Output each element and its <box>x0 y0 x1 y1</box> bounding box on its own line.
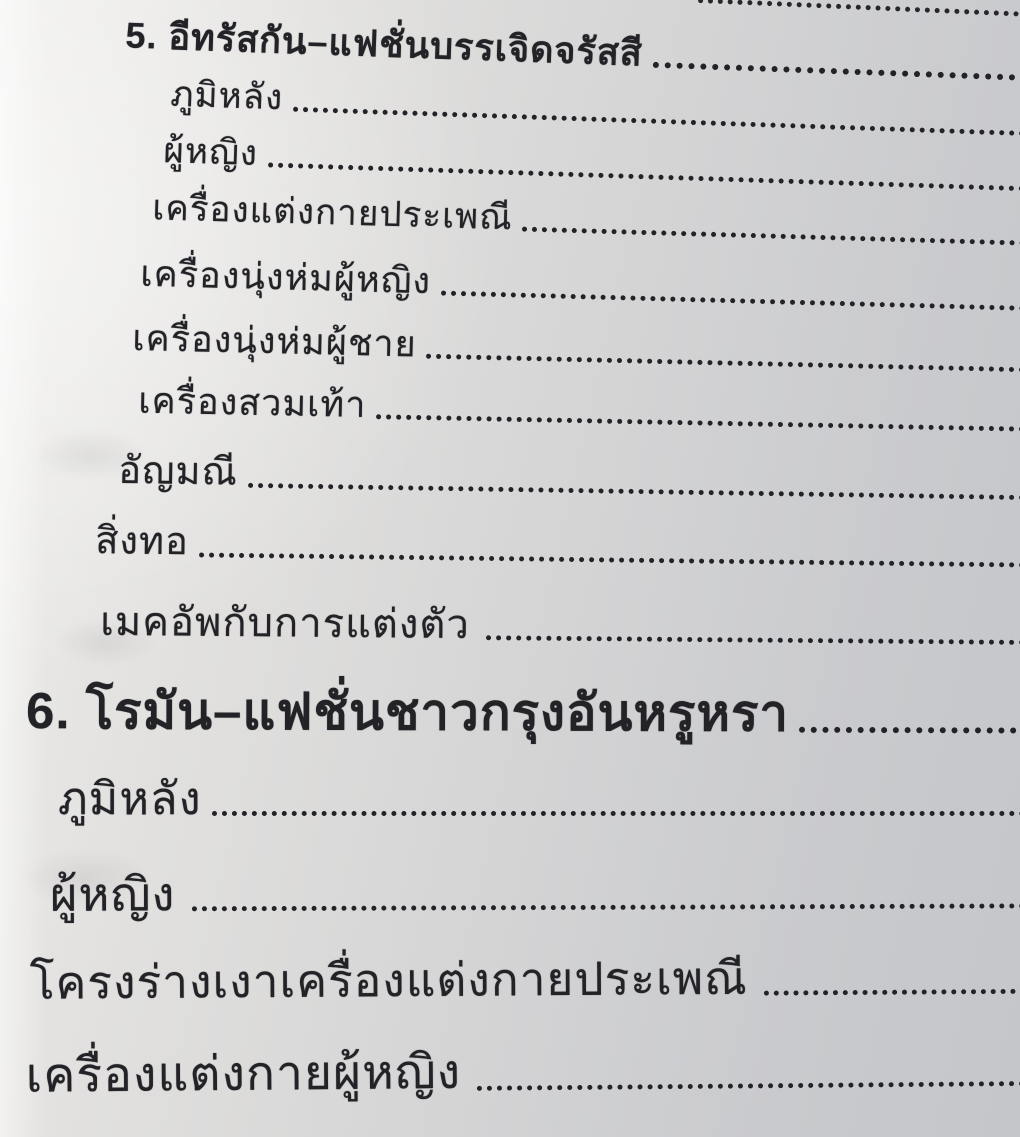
toc-entry-label: สิ่งทอ <box>95 522 189 562</box>
page-content: 5. อีทรัสกัน–แฟชั่นบรรเจิดจรัสสี ภูมิหลั… <box>0 0 1020 1137</box>
toc-entry: เครื่องแต่งกายผู้หญิง <box>0 998 1020 1102</box>
dotted-leader <box>477 1081 1020 1091</box>
dotted-leader <box>799 727 1020 734</box>
toc-entry-label: โครงร่างเงาเครื่องแต่งกายประเพณี <box>30 955 748 1007</box>
toc-entry-label: 6. โรมัน–แฟชั่นชาวกรุงอันหรูหรา <box>26 685 789 740</box>
toc-entry-label: ภูมิหลัง <box>170 77 284 116</box>
toc-entry-label: ผู้หญิง <box>163 133 259 172</box>
toc-entry-chapter-6: 6. โรมัน–แฟชั่นชาวกรุงอันหรูหรา <box>0 642 1020 741</box>
toc-entry: โครงร่างเงาเครื่องแต่งกายประเพณี <box>0 911 1020 1007</box>
dotted-leader <box>764 988 1020 995</box>
toc-entry-label: เครื่องสวมเท้า <box>138 383 367 424</box>
toc-entry: เมคอัพกับการแต่งตัว <box>0 560 1020 651</box>
toc-entry-label: เครื่องแต่งกายผู้หญิง <box>26 1049 462 1102</box>
toc-entry: ภูมิหลัง <box>0 737 1020 822</box>
toc-entry-label: อัญมณี <box>118 452 238 493</box>
toc-entry-label: ภูมิหลัง <box>58 776 202 822</box>
toc-entry-label: ผู้หญิง <box>50 870 176 918</box>
book-page-photo: { "page": { "kind": "table-of-contents",… <box>0 0 1020 1137</box>
dotted-leader <box>212 811 1020 816</box>
toc-entry-label: เมคอัพกับการแต่งตัว <box>100 602 470 646</box>
table-of-contents: 5. อีทรัสกัน–แฟชั่นบรรเจิดจรัสสี ภูมิหลั… <box>0 0 1020 1102</box>
toc-entry: ผู้หญิง <box>0 818 1020 919</box>
dotted-leader <box>191 904 1020 912</box>
